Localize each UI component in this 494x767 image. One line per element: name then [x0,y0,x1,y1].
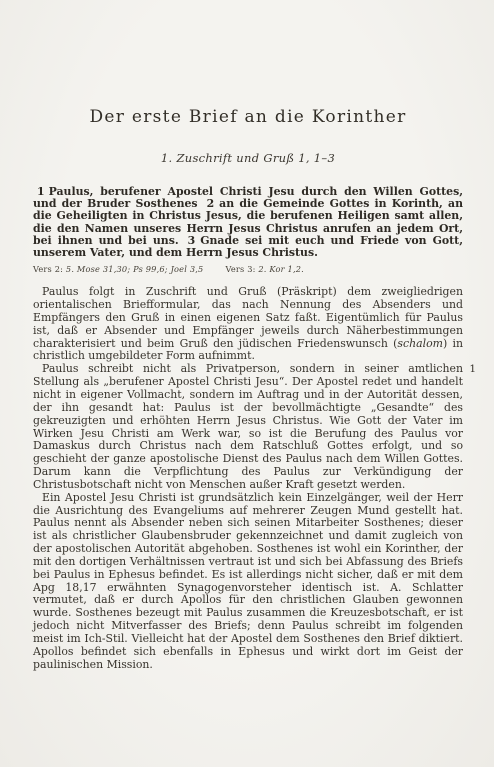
scripture-text: 1Paulus, berufener Apostel Christi Jesu … [33,186,463,259]
book-page: Der erste Brief an die Korinther 1. Zusc… [0,0,494,767]
commentary-text: Paulus schreibt nicht als Privatperson, … [33,362,463,491]
commentary-text: Ein Apostel Jesu Christi ist grundsätzli… [33,491,463,671]
cross-reference-label: Vers 3: [225,264,255,274]
commentary: Paulus folgt in Zuschrift und Gruß (Präs… [33,286,463,671]
section-heading: 1. Zuschrift und Gruß 1, 1–3 [33,151,463,165]
cross-reference-label: Vers 2: [33,264,63,274]
page-title: Der erste Brief an die Korinther [33,107,463,127]
cross-reference-verse-3: Vers 3: 2. Kor 1,2. [225,264,304,274]
margin-verse-number: 1 [469,363,476,376]
commentary-paragraph-1: Paulus folgt in Zuschrift und Gruß (Präs… [33,286,463,363]
cross-reference-verse-2: Vers 2: 5. Mose 31,30; Ps 99,6; Joel 3,5 [33,264,203,274]
cross-reference-books: 5. Mose 31,30; Ps 99,6; Joel 3,5 [66,264,204,274]
verse-number-3: 3 [188,234,196,247]
verse-number-1: 1 [37,185,45,198]
verse-number-2: 2 [207,197,215,210]
cross-reference-books: 2. Kor 1,2. [258,264,304,274]
commentary-paragraph-2: 1Paulus schreibt nicht als Privatperson,… [33,363,463,491]
cross-references: Vers 2: 5. Mose 31,30; Ps 99,6; Joel 3,5… [33,264,463,274]
commentary-italic-term: schalom [397,337,443,350]
commentary-paragraph-3: Ein Apostel Jesu Christi ist grundsätzli… [33,492,463,672]
